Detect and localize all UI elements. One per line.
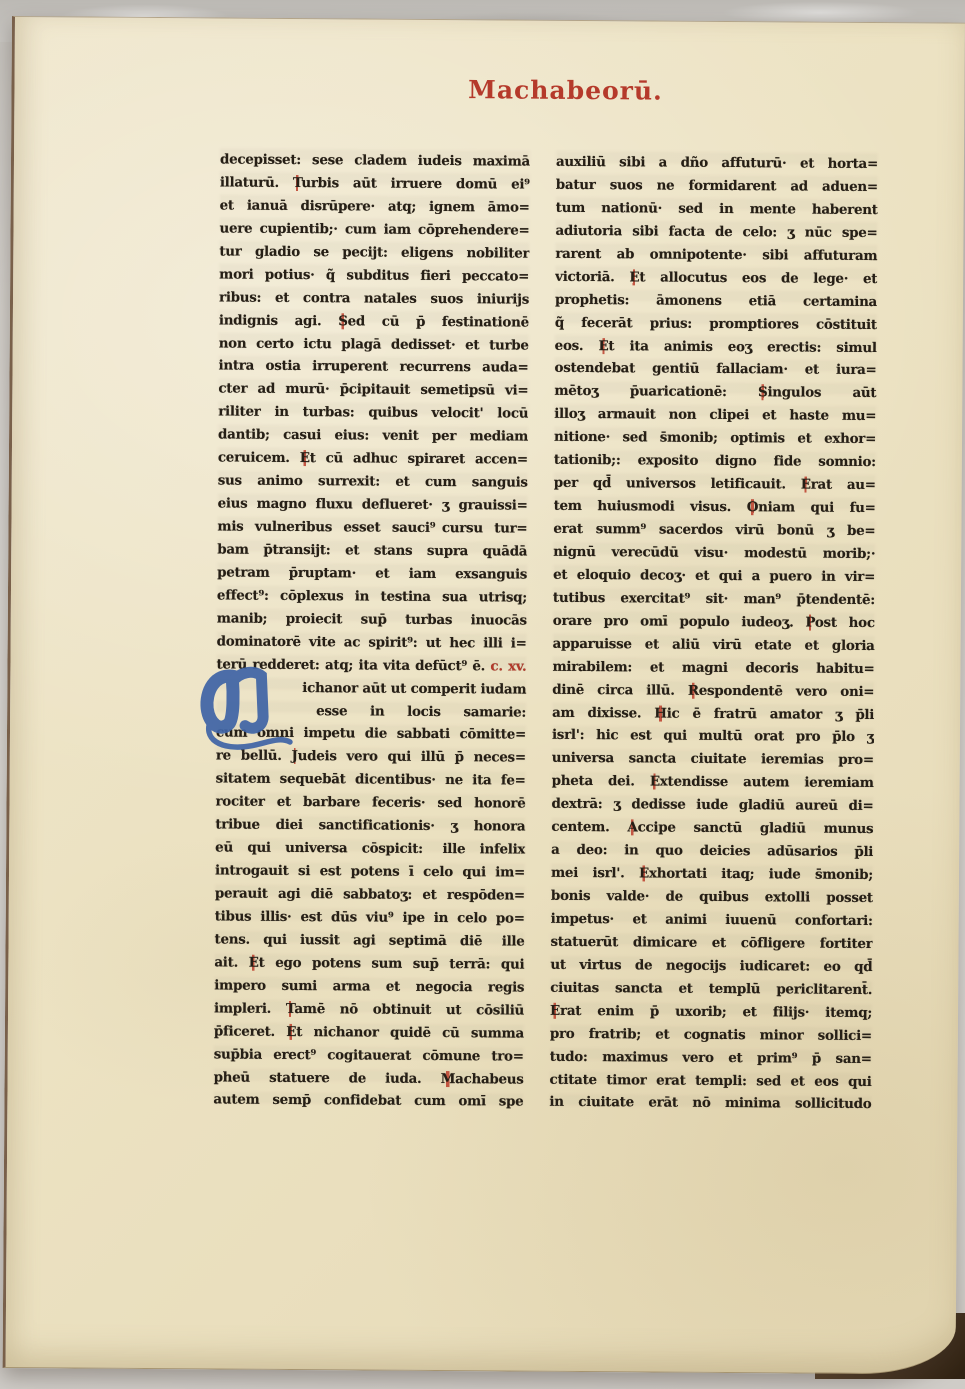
text-line: per qd̄ universos letificauit. Erat au=	[554, 472, 876, 497]
text-line: decepisset: sese cladem iudeis maximā	[220, 148, 530, 173]
text-line: mirabilem: et magni decoris habitu=	[552, 655, 874, 680]
text-line: apparuisse et aliū virū etate et gloria	[553, 632, 875, 657]
text-line: sus animo surrexit: et cum sanguis	[218, 470, 528, 495]
text-line: auxiliū sibi a dño affuturū· et horta=	[556, 151, 878, 176]
text-line: impleri. Tamē nō obtinuit ut cōsiliū	[214, 997, 524, 1022]
text-line: ceruicem. Et cū adhuc spiraret accen=	[218, 447, 528, 472]
text-line: uere cupientib;· cum iam cōprehendere=	[219, 217, 529, 242]
text-line: tibus illis· est dūs viu⁹ ipe in celo po…	[215, 905, 525, 930]
text-line: q̃ fecerāt prius: promptiores cōstituit	[555, 311, 877, 336]
text-line: cter ad murū· p̄cipitauit semetipsū vi=	[218, 378, 528, 403]
text-line: am dixisse. Hic ē fratrū amator ʒ p̄li	[552, 701, 874, 726]
text-line: eos. Et ita animis eoʒ erectis: simul	[555, 334, 877, 359]
text-line: pheta dei. Extendisse autem ieremiam	[552, 770, 874, 795]
text-line: tum nationū· sed in mente haberent	[556, 197, 878, 222]
text-line: dinē circa illū. Respondentē vero oni=	[552, 678, 874, 703]
text-line: impero sumi arma et negocia regis	[214, 974, 524, 999]
text-line: pro fratrib; et cognatis minor sollici=	[550, 1022, 872, 1047]
text-line: prophetis: āmonens etiā certamina	[555, 288, 877, 313]
text-column-right: auxiliū sibi a dño affuturū· et horta=ba…	[549, 151, 878, 1117]
text-line: a deo: in quo deicies adūsarios p̄li	[551, 839, 873, 864]
text-line: riliter in turbas: quibus velocit' locū	[218, 401, 528, 426]
text-line: rarent ab omnipotente· sibi affuturam	[555, 243, 877, 268]
text-line: adiutoria sibi facta de celo: ʒ nūc spe=	[555, 220, 877, 245]
text-line: tationib;: exposito digno fide somnio:	[554, 449, 876, 474]
text-line: nitione· sed s̄monib; optimis et exhor=	[554, 426, 876, 451]
text-line: bam p̄transijt: et stans supra quādā	[217, 538, 527, 563]
text-line: introgauit si est potens ī celo qui im=	[215, 860, 525, 885]
text-line: ostendebat gentiū fallaciam· et iura=	[554, 357, 876, 382]
text-line: eū qui universa cōspicit: ille infelix	[215, 837, 525, 862]
text-line: centem. Accipe sanctū gladiū munus	[551, 816, 873, 841]
photograph-of-manuscript: Machabeorū. decepisset: sese cladem iude…	[0, 0, 965, 1389]
text-line: victoriā. Et allocutus eos de lege· et	[555, 265, 877, 290]
text-line: illoʒ armauit non clipei et haste mu=	[554, 403, 876, 428]
text-line: sup̄bia erect⁹ cogitauerat cōmune tro=	[214, 1043, 524, 1068]
text-line: manib; proiecit sup̄ turbas inuocās	[217, 607, 527, 632]
text-line: mis vulneribus esset sauci⁹ cursu tur=	[217, 515, 527, 540]
text-line: sitatem sequebāt dicentibus· ne ita fe=	[216, 768, 526, 793]
text-line: petram p̄ruptam· et iam exsanguis	[217, 561, 527, 586]
text-line: ait. Et ego potens sum sup̄ terrā: qui	[214, 951, 524, 976]
text-line: ut virtus de negocijs iudicaret: eo qd̄	[550, 954, 872, 979]
text-line: et eloquio decoʒ· et qui a puero in vir=	[553, 564, 875, 589]
text-line: in ciuitate erāt nō minima sollicitudo	[549, 1091, 871, 1116]
text-line: pheū statuere de iuda. Machabeus	[214, 1066, 524, 1091]
text-line: dextrā: ʒ dedisse iude gladiū aureū di=	[551, 793, 873, 818]
text-line: ribus: et contra natales suos iniurijs	[219, 286, 529, 311]
text-line: bonis valde· de quibus extolli posset	[551, 885, 873, 910]
text-line: tem huiusmodi visus. Oniam qui fu=	[554, 495, 876, 520]
text-line: isrl': hic est qui multū orat pro p̄lo ʒ	[552, 724, 874, 749]
text-line: tudo: maximus vero et prim⁹ p̄ san=	[550, 1045, 872, 1070]
text-line: orare pro omī populo iudeoʒ. Post hoc	[553, 610, 875, 635]
text-line: ctitate timor erat templi: sed et eos qu…	[550, 1068, 872, 1093]
text-line: illaturū. Turbis aūt irruere domū ei⁹	[220, 171, 530, 196]
text-line: impetus· et animi iuuenū confortari:	[551, 908, 873, 933]
text-line: eius magno fluxu deflueret· ʒ grauissi=	[218, 493, 528, 518]
text-line: perauit agi diē sabbatoʒ: et respōden=	[215, 882, 525, 907]
text-line: tutibus exercitat⁹ sit· man⁹ p̄tendentē:	[553, 587, 875, 612]
text-line: non certo ictu plagā dedisset· et turbe	[219, 332, 529, 357]
text-line: p̄ficeret. Et nichanor quidē cū summa	[214, 1020, 524, 1045]
running-header: Machabeorū.	[468, 75, 663, 105]
text-column-left: decepisset: sese cladem iudeis maximāill…	[213, 148, 530, 1114]
text-line: mētoʒ p̄uaricationē: Singulos aūt	[554, 380, 876, 405]
text-line: tens. qui iussit agi septimā diē ille	[214, 928, 524, 953]
text-line: dantib; casui eius: venit per mediam	[218, 424, 528, 449]
text-line: indignis agi. Sed cū p̄ festinationē	[219, 309, 529, 334]
text-line: nignū verecūdū visu· modestū morib;·	[553, 541, 875, 566]
text-line: batur suos ne formidarent ad aduen=	[556, 174, 878, 199]
text-line: autem semp̄ confidebat cum omī spe	[213, 1089, 523, 1114]
lombard-initial-icon	[200, 664, 301, 769]
text-line: Erat enim p̄ uxorib; et filijs· itemq;	[550, 999, 872, 1024]
text-line: erat summ⁹ sacerdos virū bonū ʒ be=	[553, 518, 875, 543]
text-line: rociter et barbare feceris· sed honorē	[215, 791, 525, 816]
text-line: ciuitas sancta et templū periclitarent̄.	[550, 977, 872, 1002]
manuscript-page: Machabeorū. decepisset: sese cladem iude…	[3, 16, 965, 1375]
text-line: effect⁹: cōplexus in testina sua utrisq;	[217, 584, 527, 609]
text-line: statuerūt dimicare et cōfligere fortiter	[550, 931, 872, 956]
text-line: et ianuā disrūpere· atq; ignem āmo=	[220, 194, 530, 219]
text-line: dominatorē vite ac spirit⁹: ut hec illi …	[217, 630, 527, 655]
illuminated-initial-N	[200, 664, 301, 769]
text-line: tribue diei sanctificationis· ʒ honora	[215, 814, 525, 839]
text-line: intra ostia irruperent recurrens auda=	[218, 355, 528, 380]
text-line: universa sancta ciuitate ieremias pro=	[552, 747, 874, 772]
text-line: mei isrl'. Exhortati itaq; iude s̄monib;	[551, 862, 873, 887]
text-line: mori potius· q̃ subditus fieri peccato=	[219, 263, 529, 288]
text-line: tur gladio se pecijt: eligens nobiliter	[219, 240, 529, 265]
